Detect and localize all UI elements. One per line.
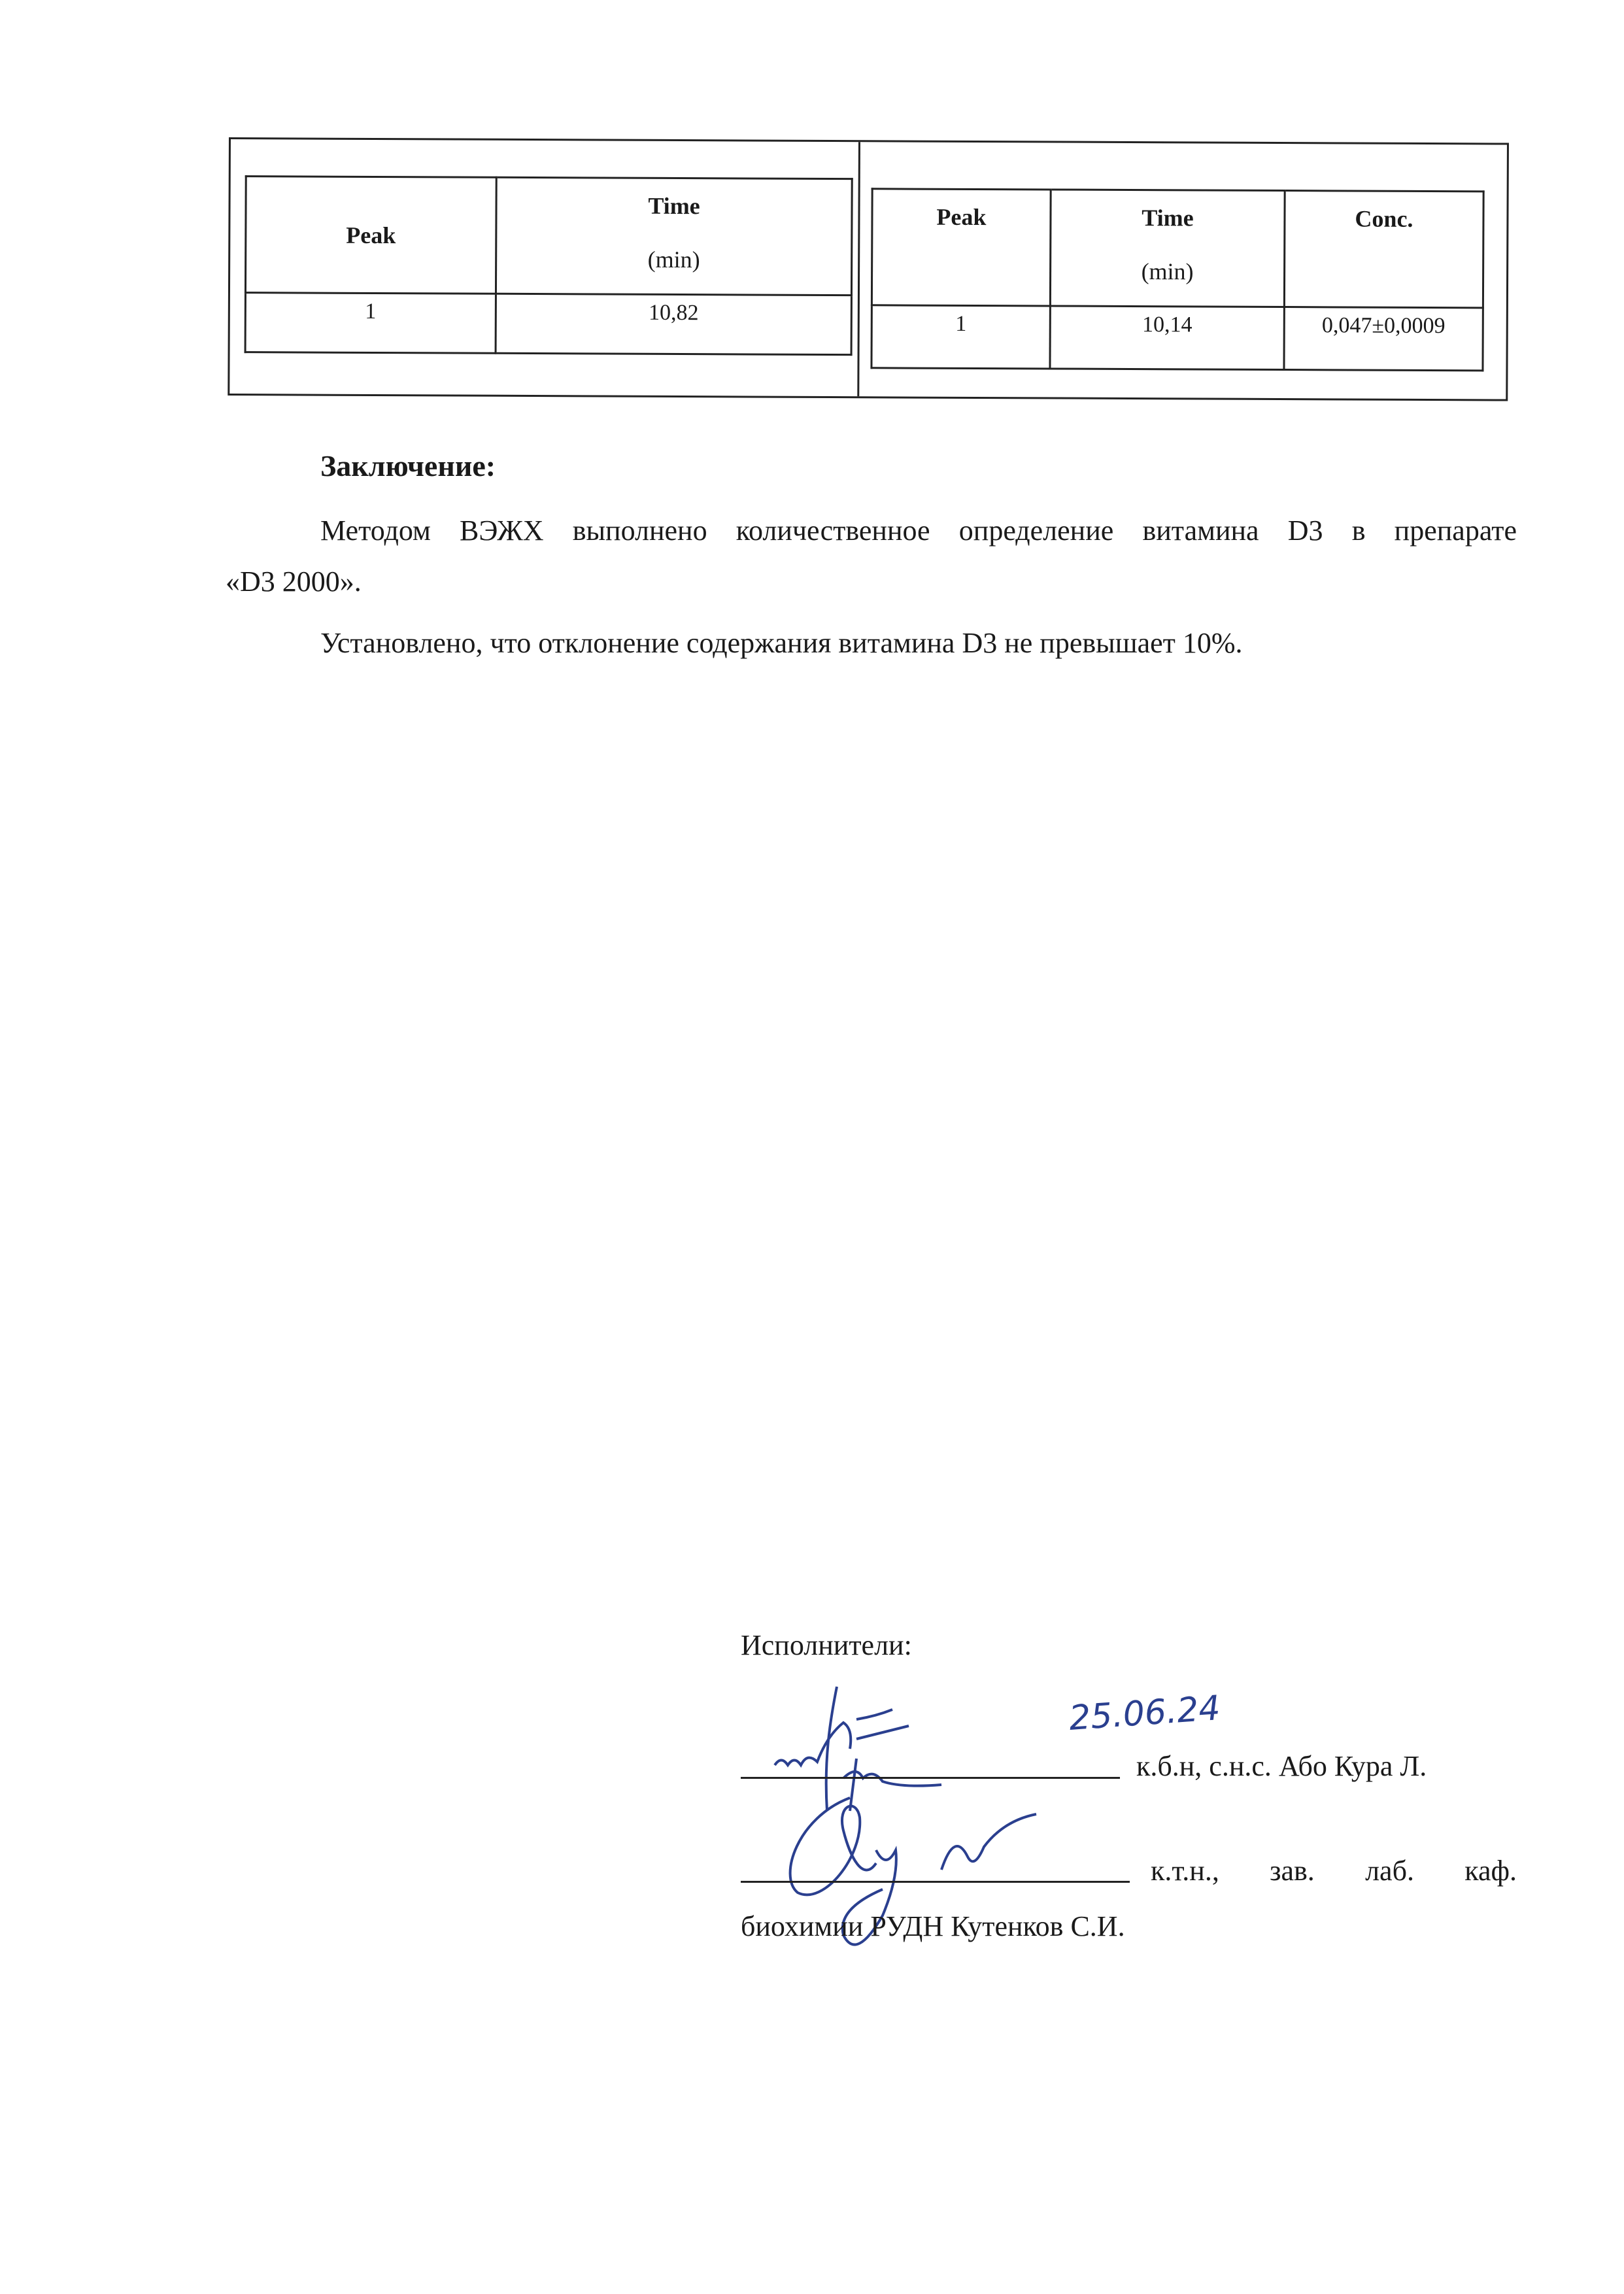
header-conc-label: Conc. xyxy=(1285,205,1482,233)
signer-1-credentials: к.б.н, с.н.с. Або Кура Л. xyxy=(1136,1752,1427,1781)
cell-peak: 1 xyxy=(245,293,496,354)
conclusion-title: Заключение: xyxy=(320,451,496,481)
signature-line-2 xyxy=(741,1881,1130,1883)
results-frame: Peak Time (min) 1 10,82 Peak Time (min) … xyxy=(228,137,1509,401)
results-table-right: Peak Time (min) Conc. 1 10,14 0,047±0,00… xyxy=(870,188,1484,371)
header-time: Time (min) xyxy=(496,177,852,295)
conclusion-paragraph-1-cont: «D3 2000». xyxy=(226,567,362,596)
conclusion-paragraph-2: Установлено, что отклонение содержания в… xyxy=(320,629,1243,658)
conclusion-paragraph-1: Методом ВЭЖХ выполнено количественное оп… xyxy=(320,516,1517,545)
header-peak: Peak xyxy=(871,189,1051,306)
table-header-row: Peak Time (min) xyxy=(245,177,852,295)
cell-conc: 0,047±0,0009 xyxy=(1284,307,1483,371)
results-table-left: Peak Time (min) 1 10,82 xyxy=(245,175,853,356)
cell-time: 10,82 xyxy=(496,294,851,354)
table-row: 1 10,14 0,047±0,0009 xyxy=(871,305,1483,371)
header-conc: Conc. xyxy=(1284,191,1483,308)
header-peak-label: Peak xyxy=(346,222,396,248)
cell-time: 10,14 xyxy=(1050,306,1284,370)
header-time: Time (min) xyxy=(1050,190,1285,307)
header-time-unit: (min) xyxy=(1051,257,1283,286)
header-time-label: Time xyxy=(497,192,851,220)
table-row: 1 10,82 xyxy=(245,293,851,355)
frame-divider xyxy=(857,142,860,396)
signature-line-1 xyxy=(741,1777,1120,1779)
handwritten-date: 25.06.24 xyxy=(1068,1691,1221,1736)
performers-label: Исполнители: xyxy=(741,1631,912,1660)
table-header-row: Peak Time (min) Conc. xyxy=(871,189,1483,308)
cell-peak: 1 xyxy=(871,305,1050,369)
header-peak: Peak xyxy=(245,177,496,294)
header-time-unit: (min) xyxy=(497,245,851,274)
signer-2-credentials: к.т.н., зав. лаб. каф. xyxy=(1151,1857,1517,1885)
header-peak-label: Peak xyxy=(873,203,1049,231)
header-time-label: Time xyxy=(1051,203,1283,232)
signer-2-credentials-cont: биохимии РУДН Кутенков С.И. xyxy=(741,1912,1125,1941)
